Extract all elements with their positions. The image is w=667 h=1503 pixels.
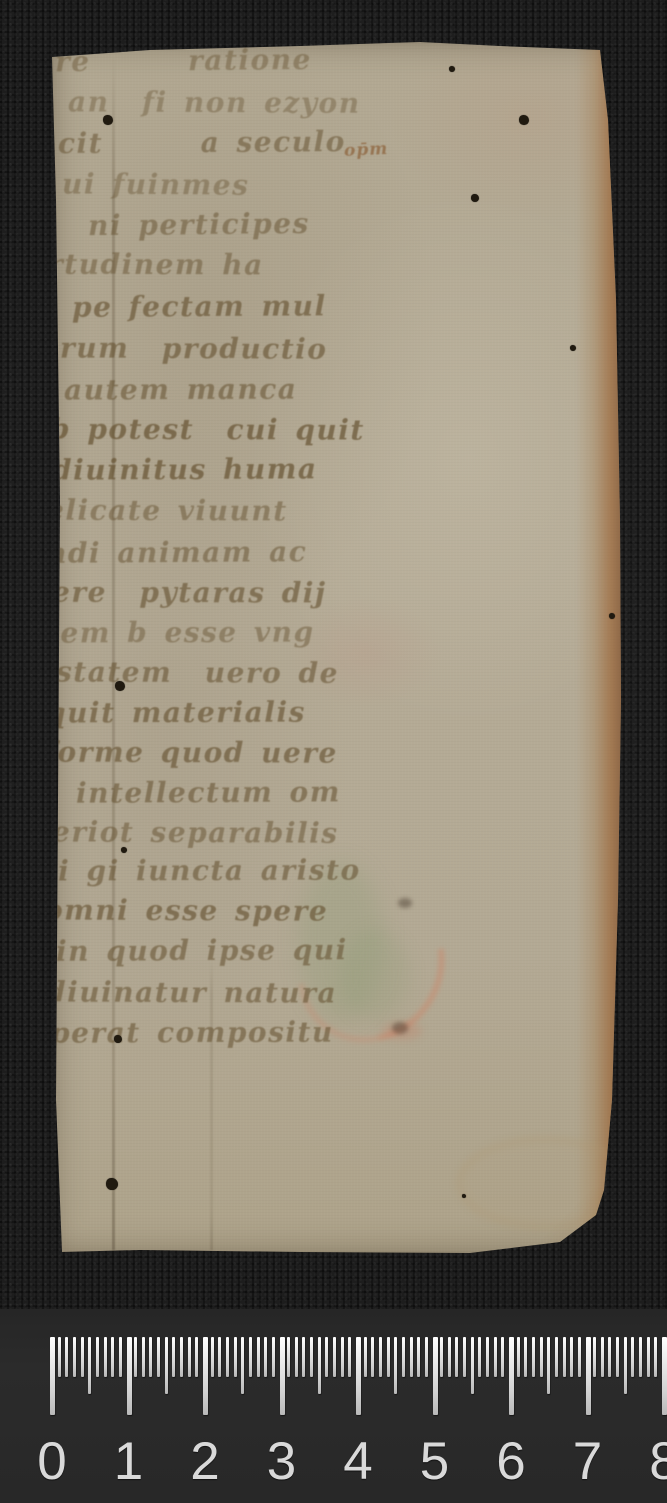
ruler-mm-tick <box>302 1337 305 1377</box>
ruler-mm-tick <box>486 1337 489 1377</box>
ruler-cm-tick <box>433 1337 438 1415</box>
ruler-mm-tick <box>639 1337 642 1377</box>
ruler-mm-tick <box>563 1337 566 1377</box>
ruler-mm-tick <box>440 1337 443 1377</box>
ruler-mm-tick <box>249 1337 252 1377</box>
manuscript-text-line: omni esse spere <box>44 896 328 927</box>
ruler-mm-tick <box>410 1337 413 1377</box>
ruler-mm-tick <box>570 1337 573 1377</box>
wormhole-dot <box>114 1035 122 1043</box>
manuscript-text-line: intellectum om <box>76 777 341 808</box>
ruler-number: 2 <box>190 1431 219 1492</box>
manuscript-text-line: tem b esse vng <box>46 618 315 649</box>
wormhole-dot <box>449 66 455 72</box>
ruler-mm-tick <box>425 1337 428 1377</box>
ruler-mm-tick <box>601 1337 604 1377</box>
ruler-cm-tick <box>127 1337 132 1415</box>
ruler-mm-tick <box>517 1337 520 1377</box>
wormhole-dot <box>106 1178 118 1190</box>
ruler-mm-tick <box>379 1337 382 1377</box>
ruler-number: 6 <box>496 1431 525 1492</box>
manuscript-text-line: in quod ipse qui <box>56 935 348 967</box>
manuscript-text-line: cit a seculo <box>58 127 346 159</box>
ruler-mm-tick <box>142 1337 145 1377</box>
ruler-mm-tick <box>149 1337 152 1377</box>
manuscript-text-line: li gi iuncta aristo <box>46 855 361 886</box>
ruler-mm-tick <box>96 1337 99 1377</box>
ruler-number: 0 <box>37 1431 66 1492</box>
manuscript-text-line: ui fuinmes <box>62 169 250 200</box>
ruler-half-cm-tick <box>241 1337 244 1394</box>
ruler-cm-tick <box>280 1337 285 1415</box>
wormhole-dot <box>609 613 615 619</box>
ruler-cm-tick <box>509 1337 514 1415</box>
manuscript-text-line: diuinitus huma <box>52 454 318 485</box>
wormhole-dot <box>103 115 113 125</box>
ruler-half-cm-tick <box>88 1337 91 1394</box>
ruler-half-cm-tick <box>318 1337 321 1394</box>
ruler-half-cm-tick <box>471 1337 474 1394</box>
ruler-cm-tick <box>662 1337 667 1415</box>
ruler-mm-tick <box>540 1337 543 1377</box>
manuscript-text-line: perat compositu <box>50 1018 334 1049</box>
ruler-mm-tick <box>341 1337 344 1377</box>
wormhole-dot <box>121 847 127 853</box>
ruler: 012345678 <box>0 1309 667 1503</box>
manuscript-text-line: ni perticipes <box>88 209 310 241</box>
ruler-number: 3 <box>267 1431 296 1492</box>
manuscript-text-line: statem uero de <box>56 657 339 688</box>
ruler-mm-tick <box>104 1337 107 1377</box>
ruler-mm-tick <box>448 1337 451 1377</box>
manuscript-text-line: autem manca <box>64 375 298 406</box>
manuscript-text-line: eriot separabilis <box>52 817 339 848</box>
ruler-mm-tick <box>234 1337 237 1377</box>
ruler-mm-tick <box>65 1337 68 1377</box>
manuscript-text-line: ndi animam ac <box>46 537 307 569</box>
ruler-mm-tick <box>188 1337 191 1377</box>
ruler-mm-tick <box>119 1337 122 1377</box>
ruler-mm-tick <box>211 1337 214 1377</box>
manuscript-text-line: diuinatur natura <box>46 977 337 1008</box>
ruler-mm-tick <box>387 1337 390 1377</box>
photograph-page: re rationean fi non ezyoncit a seculoui … <box>0 0 667 1503</box>
wormhole-dot <box>519 115 529 125</box>
manuscript-text-line: an fi non ezyon <box>68 87 361 119</box>
ruler-mm-tick <box>647 1337 650 1377</box>
ruler-mm-tick <box>616 1337 619 1377</box>
ruler-number: 8 <box>649 1431 667 1492</box>
ruler-number: 5 <box>420 1431 449 1492</box>
manuscript-text-line: rtudinem ha <box>48 250 264 281</box>
ruler-mm-tick <box>402 1337 405 1377</box>
ruler-half-cm-tick <box>547 1337 550 1394</box>
manuscript-text-line: elicate viuunt <box>46 496 288 527</box>
ruler-mm-tick <box>73 1337 76 1377</box>
ruler-mm-tick <box>218 1337 221 1377</box>
ruler-mm-tick <box>348 1337 351 1377</box>
ruler-mm-tick <box>371 1337 374 1377</box>
ruler-mm-tick <box>608 1337 611 1377</box>
ruler-mm-tick <box>310 1337 313 1377</box>
ruler-mm-tick <box>532 1337 535 1377</box>
ruler-mm-tick <box>578 1337 581 1377</box>
manuscript-text-line: rum productio <box>60 333 328 364</box>
ink-smudge <box>398 898 412 908</box>
ruler-mm-tick <box>81 1337 84 1377</box>
ruler-cm-tick <box>203 1337 208 1415</box>
ruler-mm-tick <box>264 1337 267 1377</box>
ruler-mm-tick <box>287 1337 290 1377</box>
ruler-mm-tick <box>417 1337 420 1377</box>
ruler-mm-tick <box>463 1337 466 1377</box>
wormhole-dot <box>115 681 125 691</box>
ruler-half-cm-tick <box>624 1337 627 1394</box>
ruler-mm-tick <box>172 1337 175 1377</box>
manuscript-text-line: re ratione <box>55 45 312 77</box>
ruler-mm-tick <box>257 1337 260 1377</box>
parchment-edge-stain <box>576 38 626 1238</box>
parchment: re rationean fi non ezyoncit a seculoui … <box>0 0 667 1503</box>
ruler-mm-tick <box>654 1337 657 1377</box>
ruler-mm-tick <box>593 1337 596 1377</box>
ruler-cm-tick <box>586 1337 591 1415</box>
wormhole-dot <box>471 194 479 202</box>
quire-inscription: op̄m <box>344 139 389 161</box>
ruler-mm-tick <box>226 1337 229 1377</box>
ruler-mm-tick <box>555 1337 558 1377</box>
ruler-mm-tick <box>494 1337 497 1377</box>
ruler-mm-tick <box>134 1337 137 1377</box>
ruler-cm-tick <box>356 1337 361 1415</box>
ruler-number: 4 <box>343 1431 372 1492</box>
ruler-mm-tick <box>325 1337 328 1377</box>
ruler-half-cm-tick <box>394 1337 397 1394</box>
ruler-mm-tick <box>333 1337 336 1377</box>
manuscript-text-line: ere pytaras dij <box>52 578 327 609</box>
ruler-mm-tick <box>478 1337 481 1377</box>
wormhole-dot <box>570 345 576 351</box>
manuscript-text-line: b potest cui quit <box>50 414 365 445</box>
ruler-mm-tick <box>180 1337 183 1377</box>
wormhole-dot <box>462 1194 466 1198</box>
ruler-mm-tick <box>501 1337 504 1377</box>
ruler-mm-tick <box>272 1337 275 1377</box>
ruler-mm-tick <box>295 1337 298 1377</box>
ruler-half-cm-tick <box>165 1337 168 1394</box>
ink-smudge <box>392 1022 408 1034</box>
ruler-mm-tick <box>157 1337 160 1377</box>
ruler-mm-tick <box>524 1337 527 1377</box>
ruler-number: 1 <box>114 1431 143 1492</box>
ruler-mm-tick <box>111 1337 114 1377</box>
ruler-mm-tick <box>631 1337 634 1377</box>
manuscript-text-line: forme quod uere <box>44 737 338 768</box>
ruler-mm-tick <box>364 1337 367 1377</box>
ruler-mm-tick <box>195 1337 198 1377</box>
manuscript-text-line: pe fectam mul <box>72 291 327 322</box>
ruler-cm-tick <box>50 1337 55 1415</box>
manuscript-text-line: quit materialis <box>46 698 306 729</box>
ruler-mm-tick <box>455 1337 458 1377</box>
stamp-ghost <box>455 1135 633 1231</box>
ruler-mm-tick <box>58 1337 61 1377</box>
ruler-number: 7 <box>573 1431 602 1492</box>
